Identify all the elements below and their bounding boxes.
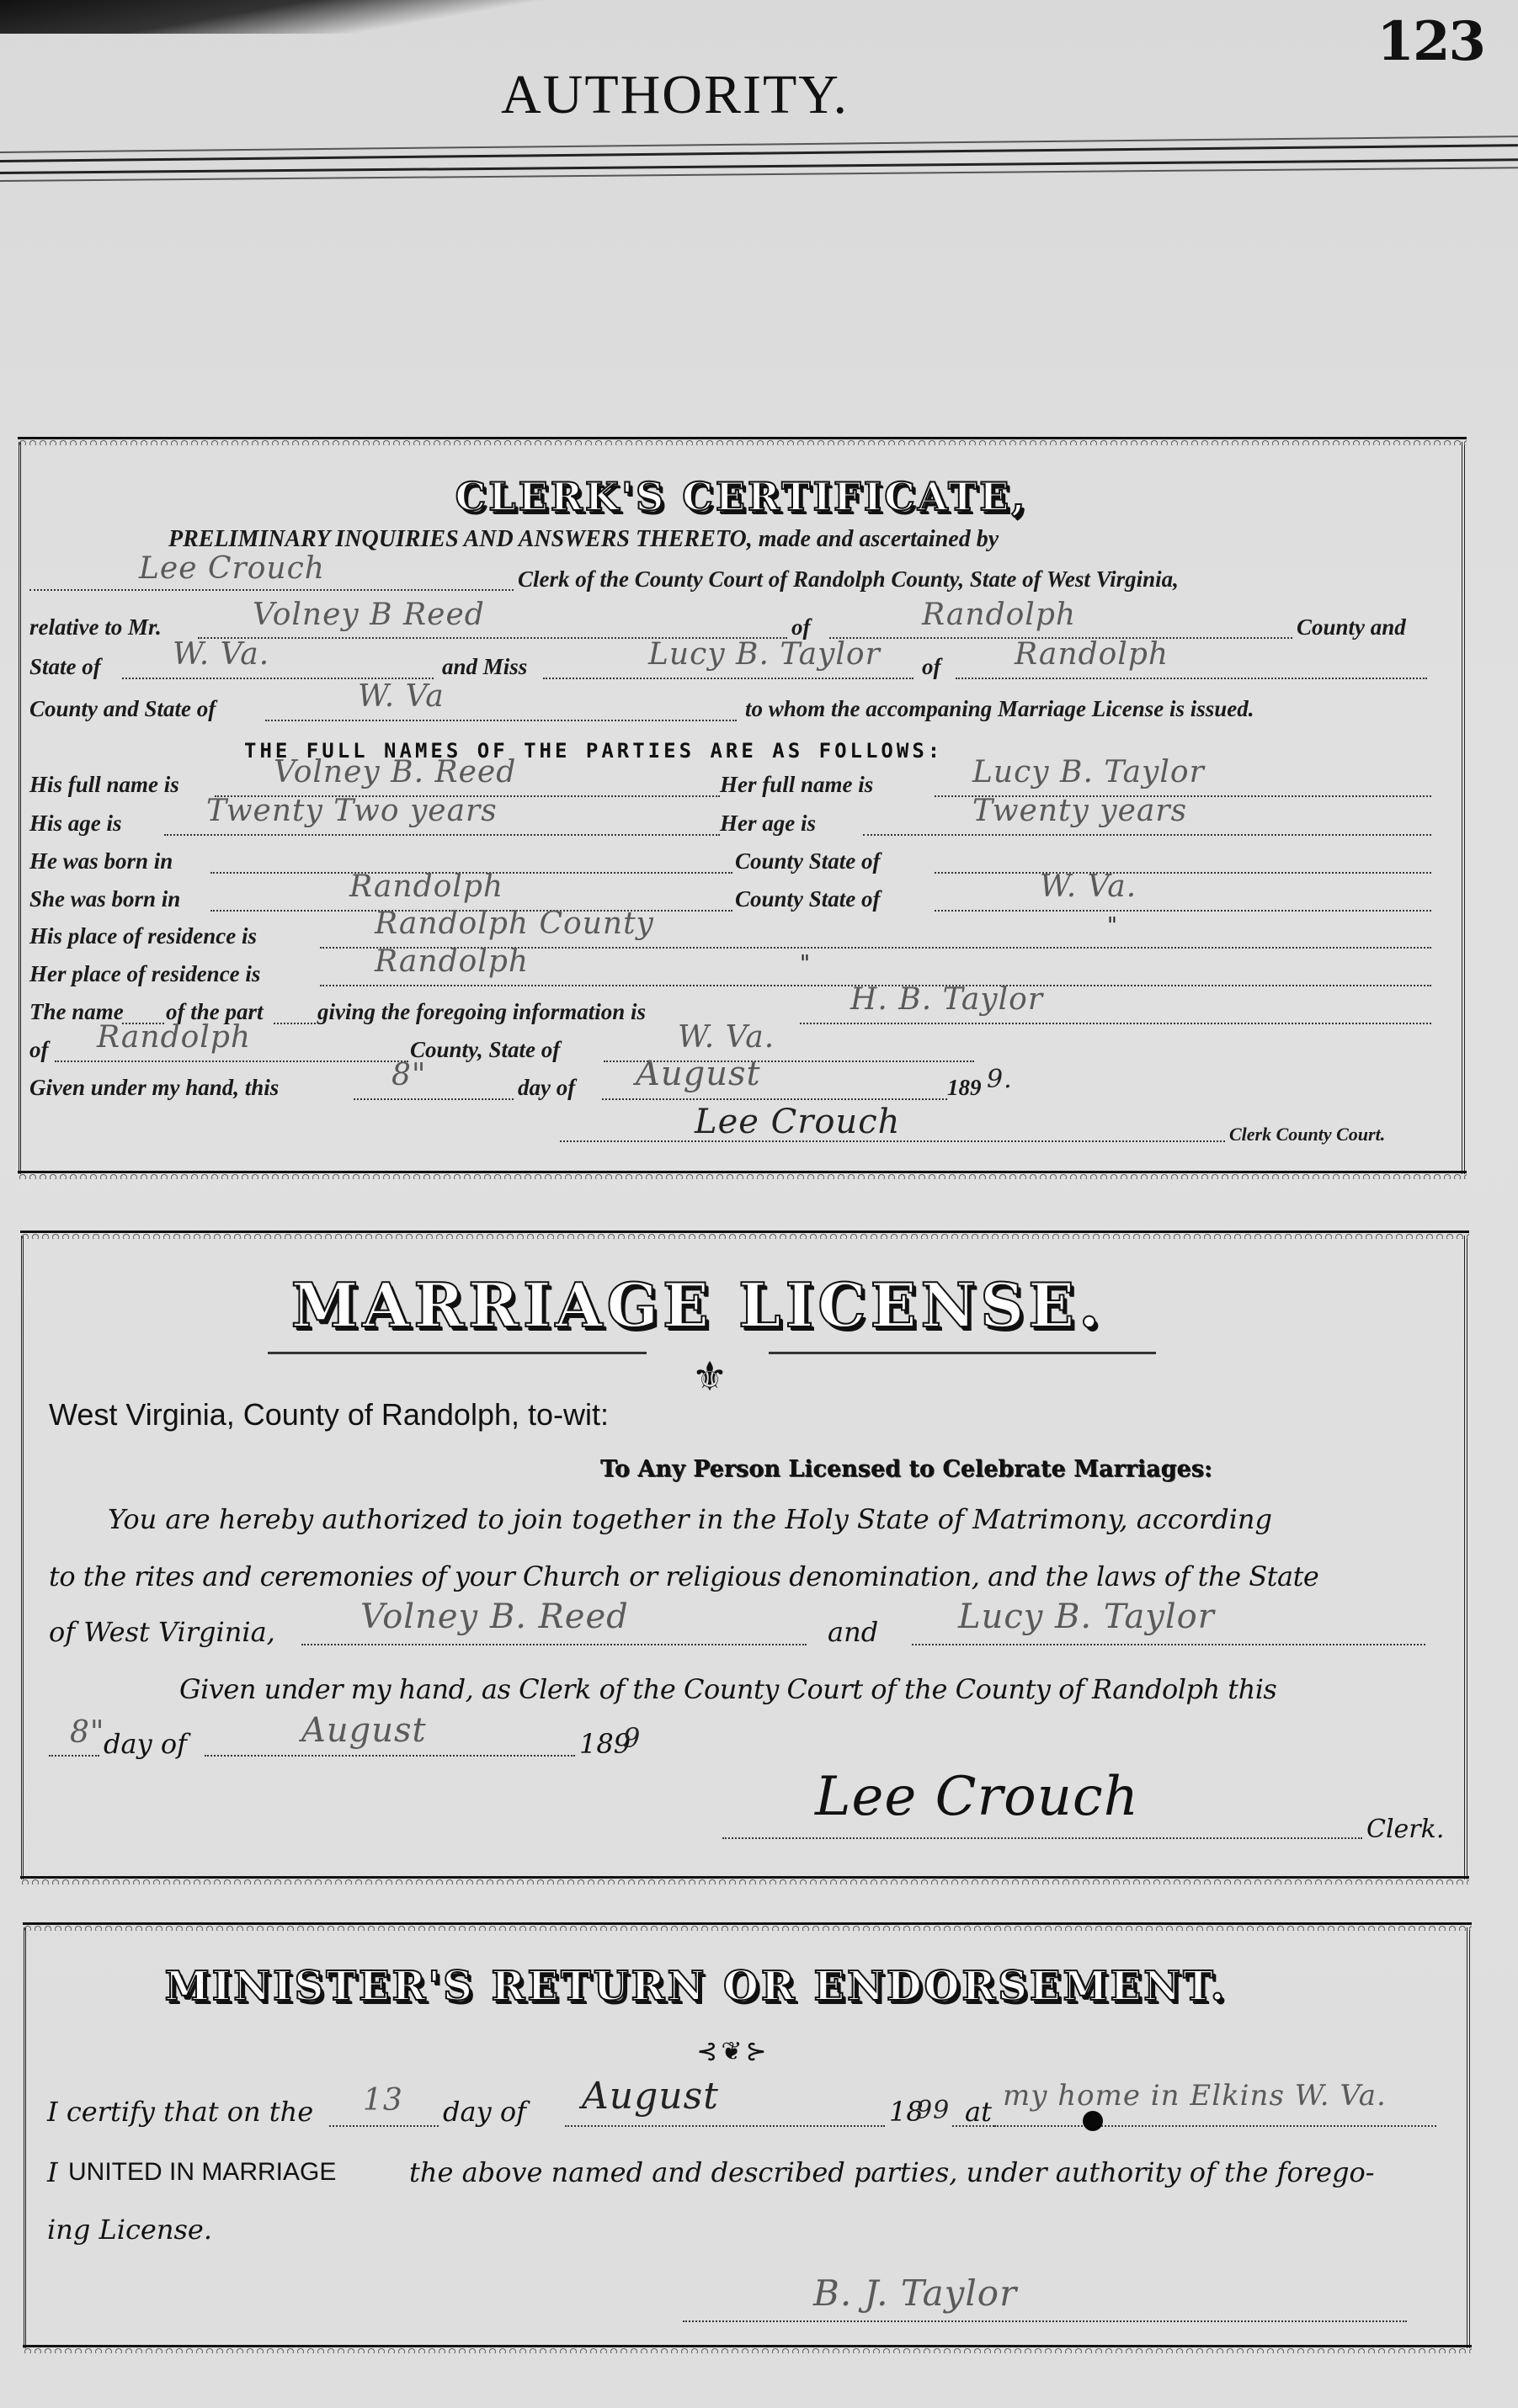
informant-blank-2 [274,1023,316,1024]
flourish-ornament-icon: ⚜ [668,1353,752,1401]
license-month-line [205,1755,575,1757]
he-born-label: He was born in [29,848,173,874]
clerks-certificate-section: CLERK'S CERTIFICATE, PRELIMINARY INQUIRI… [19,442,1465,1174]
given-year-prefix: 189 [947,1075,982,1101]
her-residence-ditto: " [800,951,811,976]
she-born-label: She was born in [29,886,180,912]
ornamental-border-bottom [20,1876,1469,1884]
page-number: 123 [1377,10,1484,73]
marriage-license-section: MARRIAGE LICENSE. ⚜ West Virginia, Count… [21,1236,1467,1879]
punch-hole [1083,2111,1103,2131]
her-age-label: Her age is [720,811,816,837]
of-label-2: of [922,654,941,680]
clerks-certificate-title: CLERK'S CERTIFICATE, [21,474,1462,519]
certify-place: my home in Elkins W. Va. [1003,2079,1387,2113]
license-groom-name: Volney B. Reed [360,1597,629,1636]
license-signature: Lee Crouch [815,1766,1139,1828]
license-groom-line [301,1644,807,1645]
given-label: Given under my hand, this [29,1075,279,1101]
she-born-value: Randolph [349,869,503,904]
license-body-line2: to the rites and ceremonies of your Chur… [49,1560,1318,1592]
he-county-state-line [935,872,1431,874]
page-header-title: AUTHORITY. [501,63,849,127]
given-year-suffix: 9. [987,1065,1013,1094]
her-full-name-value: Lucy B. Taylor [972,755,1205,789]
given-day-value: 8" [391,1058,426,1092]
license-day: 8" [70,1715,104,1750]
county-and-label: County and [1297,614,1406,641]
united-rest: the above named and described parties, u… [409,2156,1375,2188]
ornamental-border-top [18,437,1467,445]
his-full-name-label: His full name is [29,772,179,798]
license-bride-name: Lucy B. Taylor [958,1597,1215,1636]
license-bride-line [912,1644,1425,1645]
state-of-label: State of [29,654,101,680]
informant-name-value: H. B. Taylor [850,982,1043,1017]
ornamental-border-bottom [23,2345,1472,2353]
license-day-line [49,1755,99,1757]
ministers-return-title: MINISTER'S RETURN OR ENDORSEMENT. [0,1963,1467,2010]
certify-day-of-label: day of [443,2096,526,2128]
title-divider-right [769,1352,1156,1354]
jurisdiction-line: West Virginia, County of Randolph, to-wi… [49,1397,609,1433]
certify-year-suffix: 99 [916,2096,950,2125]
license-year-suffix: 9 [623,1722,641,1754]
his-age-line [164,834,720,836]
clerk-signature-title: Clerk County Court. [1229,1124,1385,1146]
her-age-line [863,834,1431,836]
bride-state-line [265,720,737,721]
his-residence-label: His place of residence is [29,923,257,949]
license-day-of-label: day of [104,1728,187,1760]
she-county-state-value: W. Va. [1040,869,1137,904]
bride-name-value: Lucy B. Taylor [648,637,881,672]
she-county-state-label: County State of [735,886,881,912]
to-whom-label: to whom the accompaning Marriage License… [745,696,1254,722]
ornamental-border-bottom [18,1171,1467,1179]
bride-county-line [956,678,1427,679]
given-day-line [354,1098,514,1100]
his-residence-value: Randolph County [375,906,654,941]
given-month-line [602,1098,947,1100]
certify-month-line [565,2125,885,2127]
certificate-intro: PRELIMINARY INQUIRIES AND ANSWERS THERET… [168,526,999,553]
certify-day-line [329,2125,439,2127]
groom-name-value: Volney B Reed [253,598,485,632]
informant-county-value: Randolph [97,1020,251,1055]
certify-month: August [582,2075,719,2118]
his-residence-ditto: " [1107,913,1118,938]
she-county-state-line [935,910,1431,912]
his-age-value: Twenty Two years [206,794,498,828]
license-signature-line [722,1837,1362,1839]
marriage-license-title: MARRIAGE LICENSE. [0,1269,1464,1341]
license-salutation: To Any Person Licensed to Celebrate Marr… [600,1456,1212,1482]
license-given-line: Given under my hand, as Clerk of the Cou… [179,1673,1276,1705]
and-miss-label: and Miss [442,654,527,680]
page-edge-shadow [0,0,589,34]
groom-state-value: W. Va. [173,637,269,672]
his-age-label: His age is [29,811,122,837]
ministers-return-section: MINISTER'S RETURN OR ENDORSEMENT. ⊰❦⊱ I … [24,1927,1470,2348]
license-month: August [301,1711,427,1750]
groom-county-value: Randolph [922,598,1076,632]
united-prefix: I [47,2156,58,2188]
scroll-ornament-icon: ⊰❦⊱ [641,2037,826,2066]
informant-name-line [800,1023,1431,1024]
minister-signature: B. J. Taylor [813,2272,1017,2314]
informant-county-state-label: County, State of [410,1037,560,1063]
her-residence-label: Her place of residence is [29,961,260,987]
header-rules [0,143,1518,202]
certify-day: 13 [363,2083,403,2118]
her-age-value: Twenty years [972,794,1187,828]
certify-at-label: at [965,2096,992,2128]
minister-signature-line [683,2320,1407,2322]
license-body-line1: You are hereby authorized to join togeth… [108,1503,1272,1535]
informant-county-line [55,1060,408,1062]
informant-state-value: W. Va. [678,1020,775,1055]
her-full-name-label: Her full name is [720,772,873,798]
certify-label: I certify that on the [47,2096,313,2128]
he-county-state-label: County State of [735,848,881,874]
license-body-line3-prefix: of West Virginia, [49,1616,275,1648]
license-signature-title: Clerk. [1366,1815,1444,1844]
united-line2: ing License. [47,2214,212,2246]
united-caps: UNITED IN MARRIAGE [68,2158,336,2187]
bride-name-line [543,678,913,679]
given-month-value: August [636,1055,761,1093]
ornamental-border-top [20,1231,1469,1239]
county-and-state-label: County and State of [29,696,216,722]
bride-county-value: Randolph [1015,637,1169,672]
clerk-of-label: Clerk of the County Court of Randolph Co… [518,566,1179,593]
his-full-name-value: Volney B. Reed [274,755,516,789]
license-and-label: and [828,1616,878,1648]
certify-place-line [994,2125,1436,2127]
clerk-signature: Lee Crouch [695,1103,900,1141]
informant-label-c: giving the foregoing information is [317,999,646,1025]
relative-to-label: relative to Mr. [29,614,162,641]
bride-state-value: W. Va [358,679,445,714]
her-residence-value: Randolph [375,944,529,979]
ledger-page: 123 AUTHORITY. CLERK'S CERTIFICATE, PREL… [0,0,1518,2408]
day-of-label: day of [518,1075,575,1101]
clerk-name-value: Lee Crouch [139,551,325,586]
informant-of-label: of [29,1037,49,1063]
title-divider-left [268,1352,647,1354]
ornamental-border-top [23,1922,1472,1931]
clerk-name-line [29,589,514,591]
